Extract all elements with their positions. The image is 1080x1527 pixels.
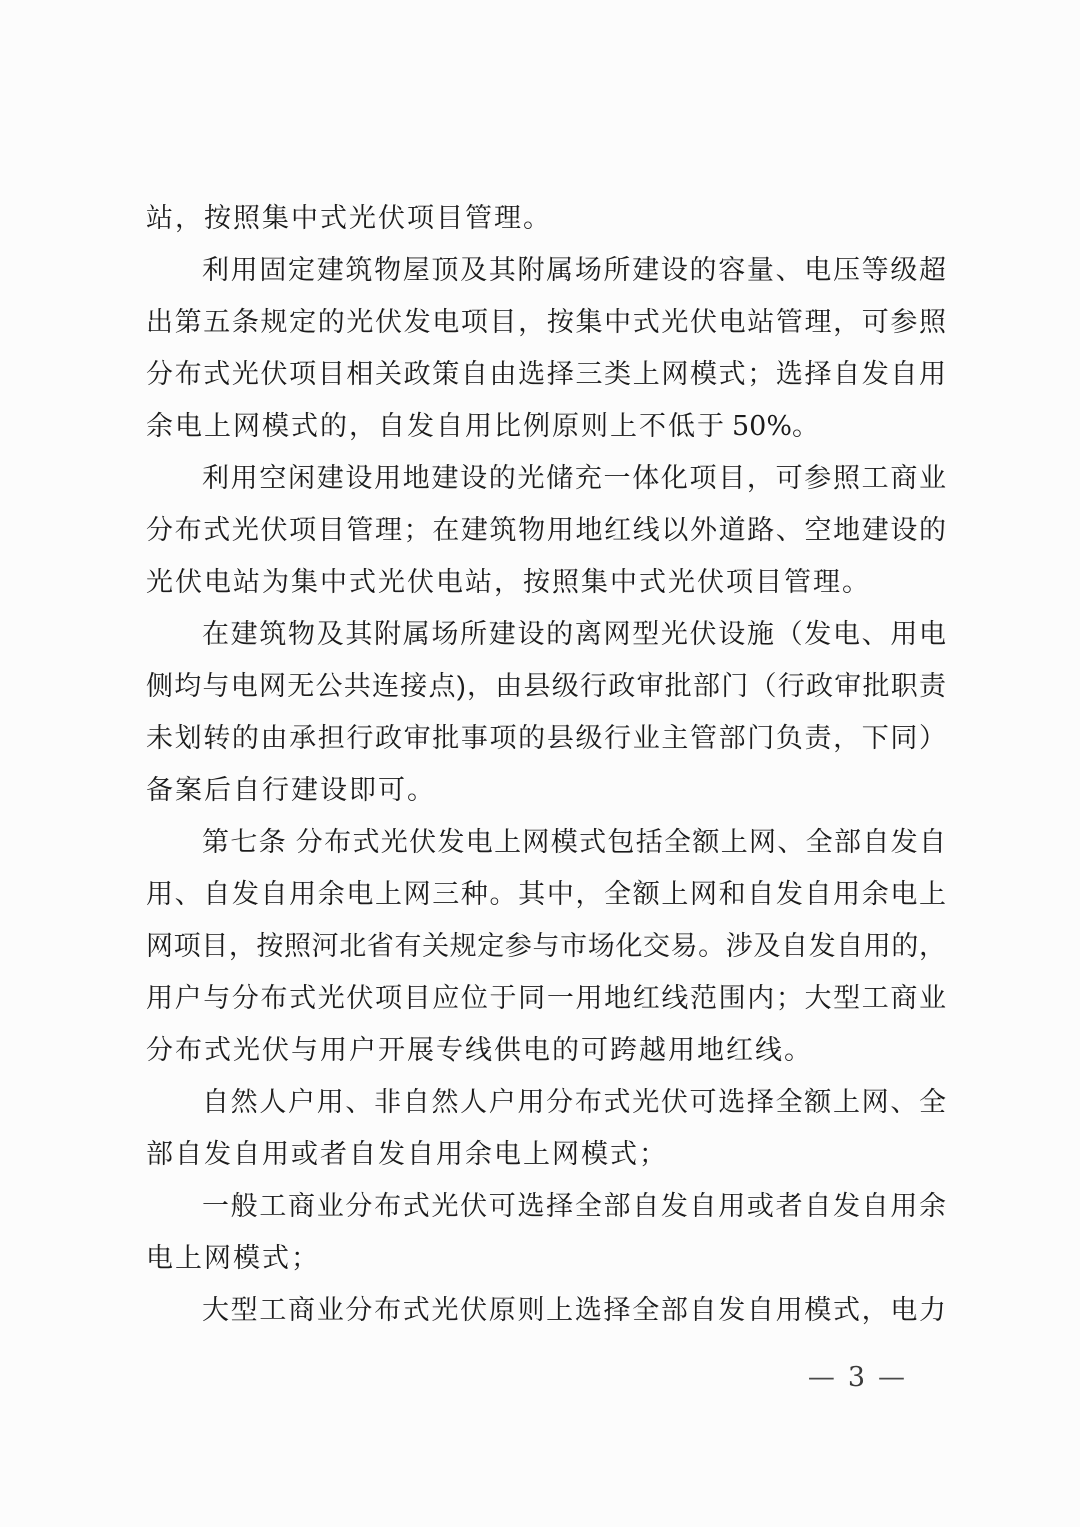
document-page: 站，按照集中式光伏项目管理。 利用固定建筑物屋顶及其附属场所建设的容量、电压等级… (0, 0, 1080, 1527)
text-line: 网项目，按照河北省有关规定参与市场化交易。涉及自发自用的， (146, 920, 946, 972)
text-segment: 余电上网模式的，自发自用比例原则上不低于 (146, 411, 726, 441)
text-line: 站，按照集中式光伏项目管理。 (146, 192, 946, 244)
footer-page-number: 3 (848, 1362, 866, 1393)
inline-percентage: 50% (726, 411, 792, 442)
text-line: 分布式光伏与用户开展专线供电的可跨越用地红线。 (146, 1024, 946, 1076)
text-line: 在建筑物及其附属场所建设的离网型光伏设施（发电、用电 (146, 608, 946, 660)
text-line: 出第五条规定的光伏发电项目，按集中式光伏电站管理，可参照 (146, 296, 946, 348)
text-line: 利用固定建筑物屋顶及其附属场所建设的容量、电压等级超 (146, 244, 946, 296)
text-line: 用、自发自用余电上网三种。其中，全额上网和自发自用余电上 (146, 868, 946, 920)
text-line: 第七条 分布式光伏发电上网模式包括全额上网、全部自发自 (146, 816, 946, 868)
text-line: 大型工商业分布式光伏原则上选择全部自发自用模式，电力 (146, 1284, 946, 1336)
text-line: 侧均与电网无公共连接点)，由县级行政审批部门（行政审批职责 (146, 660, 946, 712)
text-line: 分布式光伏项目相关政策自由选择三类上网模式；选择自发自用 (146, 348, 946, 400)
text-line: 利用空闲建设用地建设的光储充一体化项目，可参照工商业 (146, 452, 946, 504)
text-line: 部自发自用或者自发自用余电上网模式； (146, 1128, 946, 1180)
page-footer: —3— (146, 1352, 946, 1404)
text-line: 用户与分布式光伏项目应位于同一用地红线范围内；大型工商业 (146, 972, 946, 1024)
document-body: 站，按照集中式光伏项目管理。 利用固定建筑物屋顶及其附属场所建设的容量、电压等级… (146, 192, 946, 1336)
text-line: 分布式光伏项目管理；在建筑物用地红线以外道路、空地建设的 (146, 504, 946, 556)
text-line: 自然人户用、非自然人户用分布式光伏可选择全额上网、全 (146, 1076, 946, 1128)
text-line: 余电上网模式的，自发自用比例原则上不低于50%。 (146, 400, 946, 452)
text-line: 一般工商业分布式光伏可选择全部自发自用或者自发自用余 (146, 1180, 946, 1232)
text-line: 未划转的由承担行政审批事项的县级行业主管部门负责，下同） (146, 712, 946, 764)
text-line: 光伏电站为集中式光伏电站，按照集中式光伏项目管理。 (146, 556, 946, 608)
text-line: 电上网模式； (146, 1232, 946, 1284)
text-segment: 。 (792, 411, 821, 441)
footer-dash-left: — (796, 1362, 848, 1393)
footer-dash-right: — (866, 1362, 918, 1393)
text-line: 备案后自行建设即可。 (146, 764, 946, 816)
